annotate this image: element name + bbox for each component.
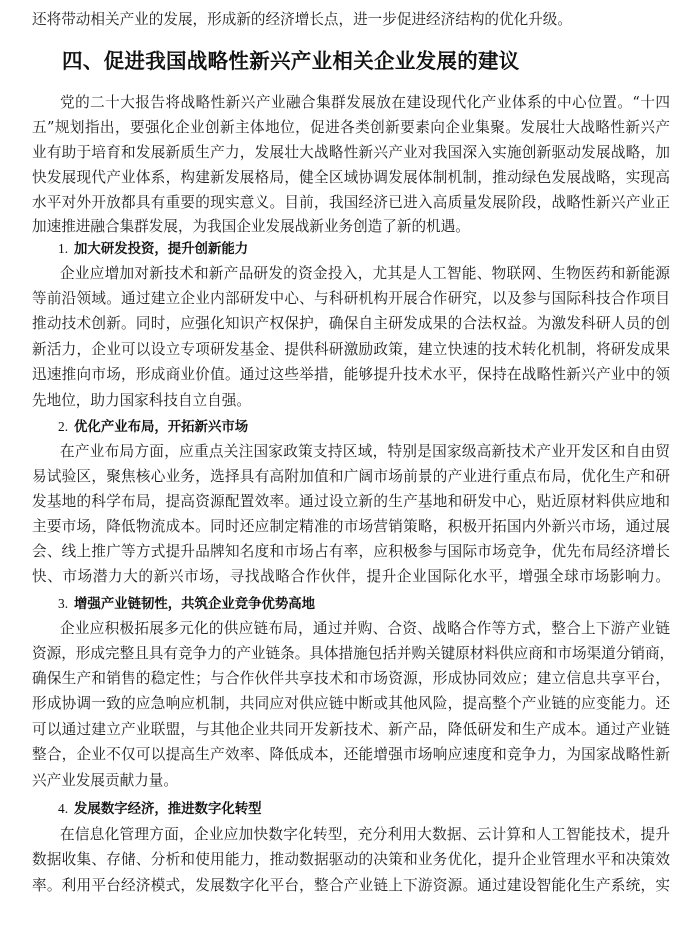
subsection-title: 发展数字经济，推进数字化转型: [74, 802, 261, 817]
paragraph-line: 企业应积极拓展多元化的供应链布局，通过并购、合资、战略合作等方式，整合上下游产业…: [60, 618, 670, 640]
paragraph-line: 确保生产和销售的稳定性；与合作伙伴共享技术和市场资源，形成协同效应；建立信息共享…: [32, 668, 670, 690]
paragraph-line: 等前沿领域。通过建立企业内部研发中心、与科研机构开展合作研究，以及参与国际科技合…: [32, 288, 670, 310]
paragraph-line: 迅速推向市场，形成商业价值。通过这些举措，能够提升技术水平，保持在战略性新兴产业…: [32, 364, 670, 386]
paragraph-line: 企业应增加对新技术和新产品研发的资金投入，尤其是人工智能、物联网、生物医药和新能…: [60, 263, 670, 285]
subsection-heading-4: 4.发展数字经济，推进数字化转型: [58, 798, 262, 820]
subsection-heading-2: 2.优化产业布局，开拓新兴市场: [58, 416, 248, 438]
subsection-number: 4.: [58, 801, 68, 816]
subsection-number: 3.: [58, 596, 68, 611]
paragraph-line: 发基地的科学布局，提高资源配置效率。通过设立新的生产基地和研发中心，贴近原材料供…: [32, 491, 670, 513]
paragraph-line: 主要市场，降低物流成本。同时还应制定精准的市场营销策略，积极开拓国内外新兴市场，…: [32, 516, 670, 538]
paragraph-line: 新活力，企业可以设立专项研发基金、提供科研激励政策，建立快速的技术转化机制，将研…: [32, 339, 670, 361]
subsection-title: 优化产业布局，开拓新兴市场: [74, 420, 248, 435]
paragraph-line: 加速推进融合集群发展，为我国企业发展战新业务创造了新的机遇。: [32, 216, 670, 238]
paragraph-line: 形成协调一致的应急响应机制，共同应对供应链中断或其他风险，提高整个产业链的应变能…: [32, 693, 670, 715]
paragraph-line: 在信息化管理方面，企业应加快数字化转型，充分利用大数据、云计算和人工智能技术，提…: [60, 824, 670, 846]
paragraph-line: 数据收集、存储、分析和使用能力，推动数据驱动的决策和业务优化，提升企业管理水平和…: [32, 849, 670, 871]
paragraph-line: 在产业布局方面，应重点关注国家政策支持区域，特别是国家级高新技术产业开发区和自由…: [60, 441, 670, 463]
paragraph-line: 先地位，助力国家科技自立自强。: [32, 390, 670, 412]
subsection-heading-3: 3.增强产业链韧性，共筑企业竞争优势高地: [58, 593, 315, 615]
section-heading: 四、促进我国战略性新兴产业相关企业发展的建议: [62, 46, 520, 76]
paragraph-line: 会、线上推广等方式提升品牌知名度和市场占有率，应积极参与国际市场竞争，优先布局经…: [32, 541, 670, 563]
subsection-heading-1: 1.加大研发投资，提升创新能力: [58, 238, 248, 260]
paragraph-line: 可以通过建立产业联盟，与其他企业共同开发新技术、新产品，降低研发和生产成本。通过…: [32, 719, 670, 741]
paragraph-line: 易试验区，聚焦核心业务，选择具有高附加值和广阔市场前景的产业进行重点布局，优化生…: [32, 466, 670, 488]
subsection-number: 1.: [58, 241, 68, 256]
subsection-number: 2.: [58, 419, 68, 434]
paragraph-line: 五”规划指出，要强化企业创新主体地位，促进各类创新要素向企业集聚。发展壮大战略性…: [32, 117, 670, 139]
subsection-title: 增强产业链韧性，共筑企业竞争优势高地: [74, 597, 315, 612]
paragraph-line: 快发展现代产业体系，构建新发展格局，健全区域协调发展体制机制，推动绿色发展战略，…: [32, 167, 670, 189]
intro-last-line: 还将带动相关产业的发展，形成新的经济增长点，进一步促进经济结构的优化升级。: [32, 9, 670, 31]
paragraph-line: 资源，形成完整且具有竞争力的产业链条。具体措施包括并购关键原材料供应商和市场渠道…: [32, 643, 670, 665]
paragraph-line: 业有助于培育和发展新质生产力，发展壮大战略性新兴产业对我国深入实施创新驱动发展战…: [32, 142, 670, 164]
paragraph-line: 率。利用平台经济模式，发展数字化平台，整合产业链上下游资源。通过建设智能化生产系…: [32, 875, 670, 897]
paragraph-line: 兴产业发展贡献力量。: [32, 770, 670, 792]
paragraph-line: 水平对外开放都具有重要的现实意义。目前，我国经济已进入高质量发展阶段，战略性新兴…: [32, 192, 670, 214]
paragraph-line: 整合，企业不仅可以提高生产效率、降低成本，还能增强市场响应速度和竞争力，为国家战…: [32, 744, 670, 766]
subsection-title: 加大研发投资，提升创新能力: [74, 242, 248, 257]
document-page: 还将带动相关产业的发展，形成新的经济增长点，进一步促进经济结构的优化升级。 四、…: [0, 0, 696, 927]
paragraph-line: 推动技术创新。同时，应强化知识产权保护，确保自主研发成果的合法权益。为激发科研人…: [32, 313, 670, 335]
paragraph-line: 快、市场潜力大的新兴市场，寻找战略合作伙伴，提升企业国际化水平，增强全球市场影响…: [32, 566, 670, 588]
paragraph-line: 党的二十大报告将战略性新兴产业融合集群发展放在建设现代化产业体系的中心位置。“十…: [60, 92, 670, 114]
